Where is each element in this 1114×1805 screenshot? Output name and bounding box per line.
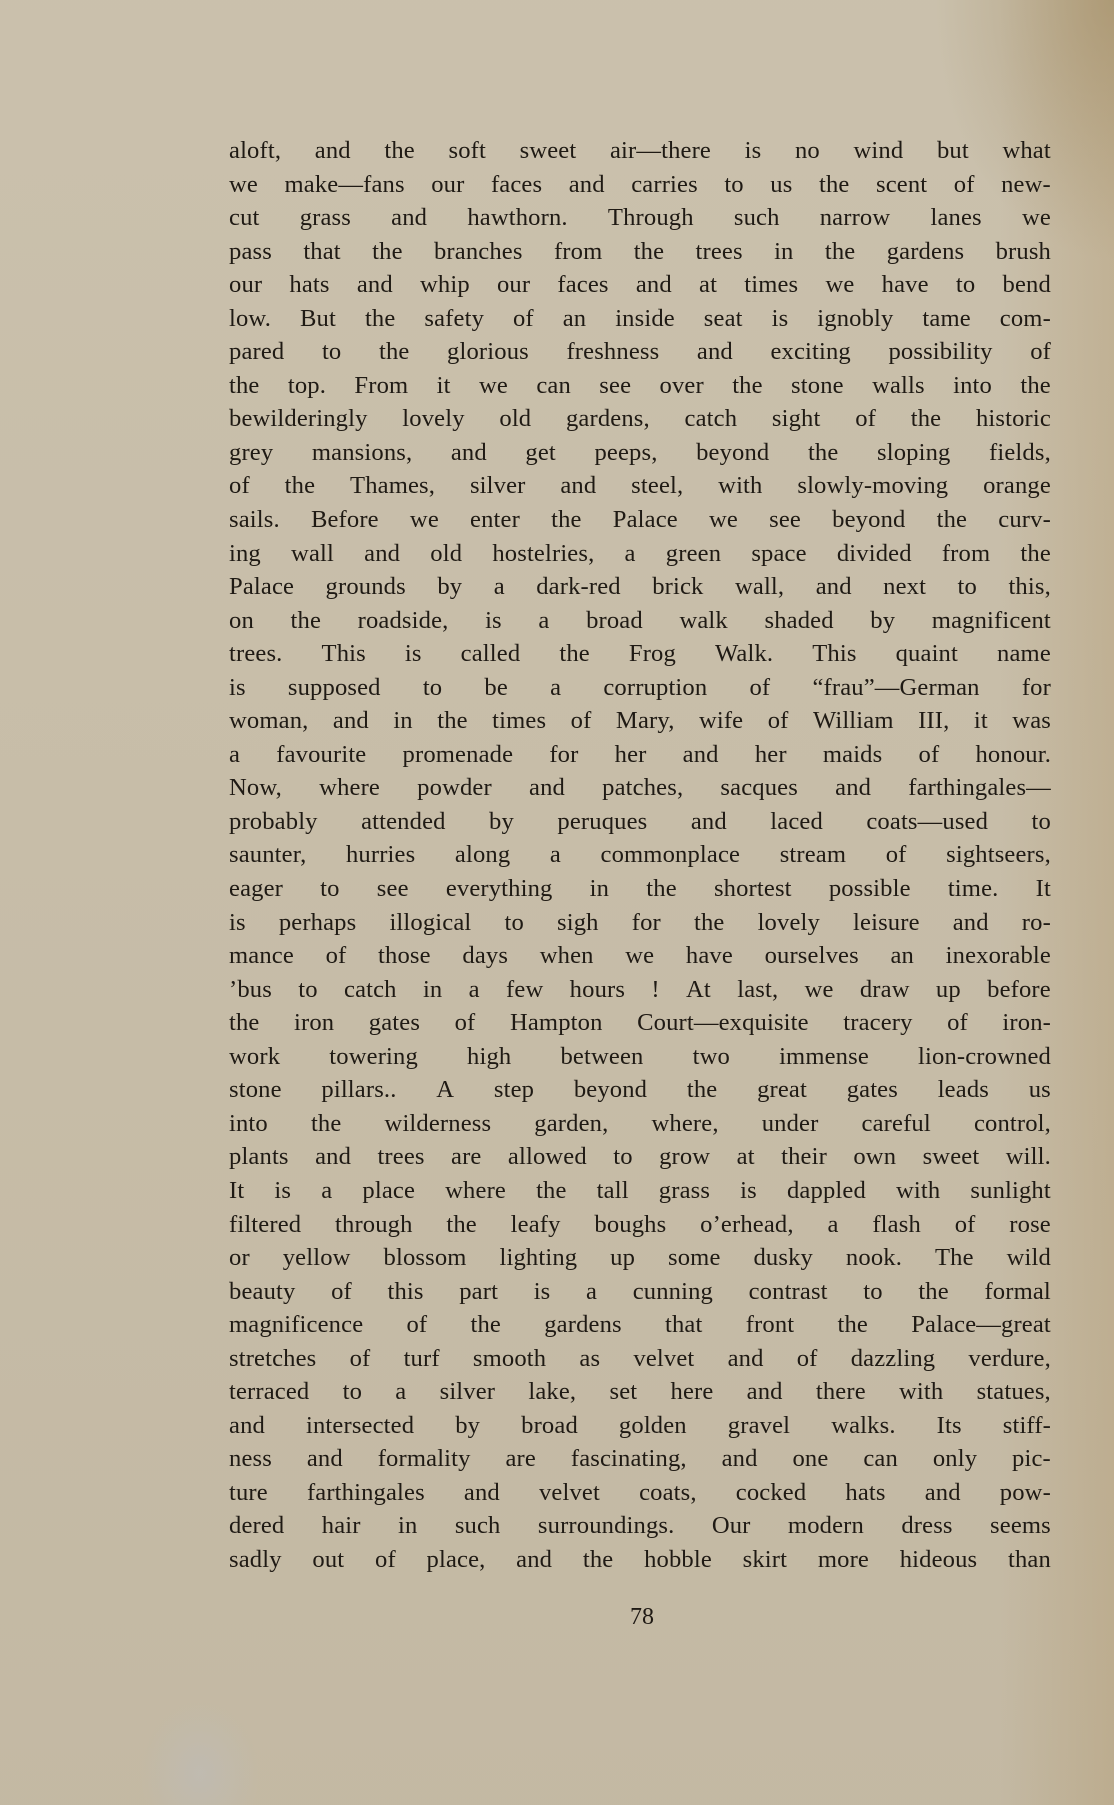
text-line: nessandformalityarefascinating,andonecan… xyxy=(229,1442,1051,1476)
text-line: turefarthingalesandvelvetcoats,cockedhat… xyxy=(229,1476,1051,1510)
text-line: thetop.Fromitwecanseeoverthestonewallsin… xyxy=(229,369,1051,403)
text-line: ingwallandoldhostelries,agreenspacedivid… xyxy=(229,537,1051,571)
text-line: plantsandtreesareallowedtogrowattheirown… xyxy=(229,1140,1051,1174)
text-line: wemake—fansourfacesandcarriestousthescen… xyxy=(229,168,1051,202)
text-line: terracedtoasilverlake,sethereandtherewit… xyxy=(229,1375,1051,1409)
text-line: trees.ThisiscalledtheFrogWalk.Thisquaint… xyxy=(229,637,1051,671)
text-line: theirongatesofHamptonCourt—exquisitetrac… xyxy=(229,1006,1051,1040)
text-line: oryellowblossomlightingupsomeduskynook.T… xyxy=(229,1241,1051,1275)
text-line: cutgrassandhawthorn.Throughsuchnarrowlan… xyxy=(229,201,1051,235)
text-line: filteredthroughtheleafyboughso’erhead,af… xyxy=(229,1208,1051,1242)
text-line: ourhatsandwhipourfacesandattimeswehaveto… xyxy=(229,268,1051,302)
text-line: oftheThames,silverandsteel,withslowly-mo… xyxy=(229,469,1051,503)
text-line: bewilderinglylovelyoldgardens,catchsight… xyxy=(229,402,1051,436)
text-line: ontheroadside,isabroadwalkshadedbymagnif… xyxy=(229,604,1051,638)
book-page: aloft,andthesoftsweetair—thereisnowindbu… xyxy=(0,0,1114,1805)
text-line: sadlyoutofplace,andthehobbleskirtmorehid… xyxy=(229,1543,1051,1577)
text-line: andintersectedbybroadgoldengravelwalks.I… xyxy=(229,1409,1051,1443)
text-line: worktoweringhighbetweentwoimmenselion-cr… xyxy=(229,1040,1051,1074)
body-text: aloft,andthesoftsweetair—thereisnowindbu… xyxy=(229,134,1051,1577)
text-line: stretchesofturfsmoothasvelvetandofdazzli… xyxy=(229,1342,1051,1376)
text-line: deredhairinsuchsurroundings.Ourmoderndre… xyxy=(229,1509,1051,1543)
text-line: sails.BeforeweenterthePalaceweseebeyondt… xyxy=(229,503,1051,537)
text-line: aloft,andthesoftsweetair—thereisnowindbu… xyxy=(229,134,1051,168)
text-line: magnificenceofthegardensthatfrontthePala… xyxy=(229,1308,1051,1342)
text-line: ’bustocatchinafewhours!Atlast,wedrawupbe… xyxy=(229,973,1051,1007)
text-line: issupposedtobeacorruptionof“frau”—German… xyxy=(229,671,1051,705)
text-line: saunter,hurriesalongacommonplacestreamof… xyxy=(229,838,1051,872)
text-line: isperhapsillogicaltosighforthelovelyleis… xyxy=(229,906,1051,940)
text-line: passthatthebranchesfromthetreesinthegard… xyxy=(229,235,1051,269)
text-line: eagertoseeeverythingintheshortestpossibl… xyxy=(229,872,1051,906)
text-line: Palacegroundsbyadark-redbrickwall,andnex… xyxy=(229,570,1051,604)
text-line: woman,andinthetimesofMary,wifeofWilliamI… xyxy=(229,704,1051,738)
text-line: Now,wherepowderandpatches,sacquesandfart… xyxy=(229,771,1051,805)
page-number: 78 xyxy=(0,1604,1114,1631)
text-line: Itisaplacewherethetallgrassisdappledwith… xyxy=(229,1174,1051,1208)
text-line: intothewildernessgarden,where,undercaref… xyxy=(229,1107,1051,1141)
text-line: probablyattendedbyperuquesandlacedcoats—… xyxy=(229,805,1051,839)
paper-stain xyxy=(140,1700,260,1805)
text-line: stonepillars..Astepbeyondthegreatgatesle… xyxy=(229,1073,1051,1107)
text-line: low.Butthesafetyofaninsideseatisignoblyt… xyxy=(229,302,1051,336)
text-line: greymansions,andgetpeeps,beyondtheslopin… xyxy=(229,436,1051,470)
text-line: afavouritepromenadeforherandhermaidsofho… xyxy=(229,738,1051,772)
text-line: manceofthosedayswhenwehaveourselvesanine… xyxy=(229,939,1051,973)
text-line: beautyofthispartisacunningcontrasttothef… xyxy=(229,1275,1051,1309)
text-line: paredtothegloriousfreshnessandexcitingpo… xyxy=(229,335,1051,369)
